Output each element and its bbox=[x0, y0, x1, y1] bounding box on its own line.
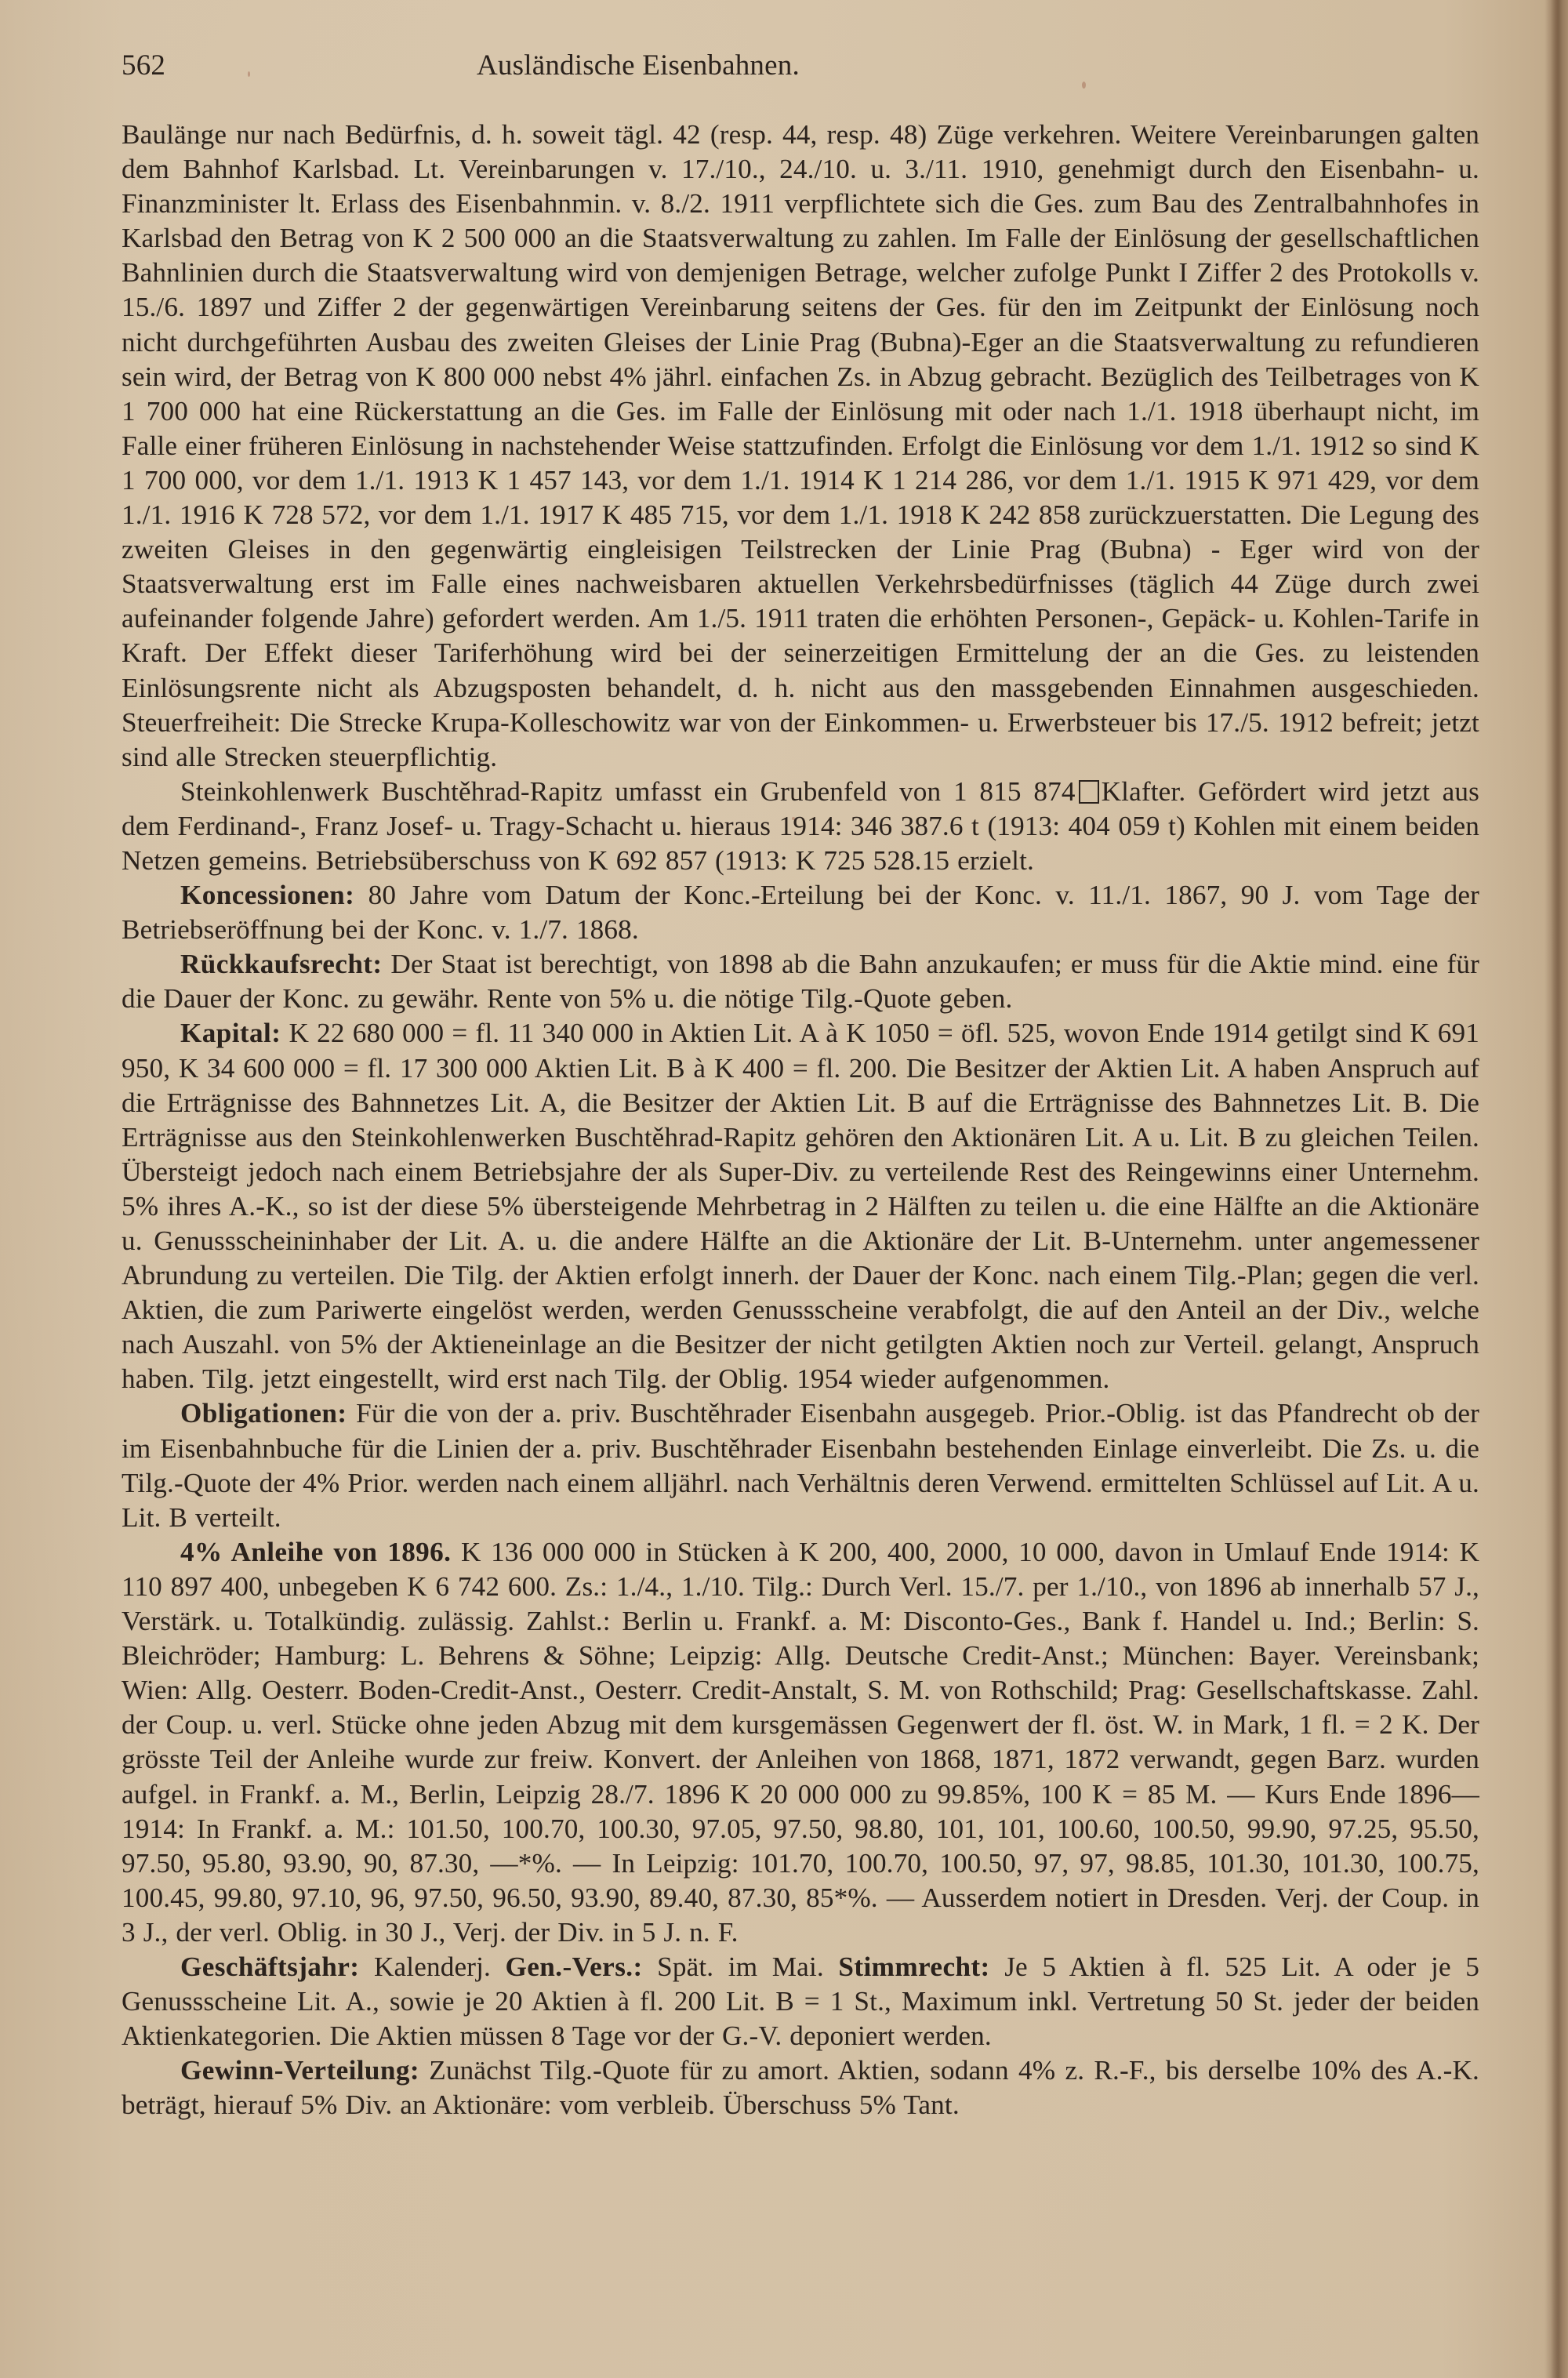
paragraph-geschaeftsjahr: Geschäftsjahr: Kalenderj. Gen.-Vers.: Sp… bbox=[122, 1950, 1479, 2053]
paragraph-rueckkaufsrecht: Rückkaufsrecht: Der Staat ist berechtigt… bbox=[122, 947, 1479, 1016]
paragraph-text: Steinkohlenwerk Buschtěhrad-Rapitz umfas… bbox=[180, 776, 1076, 807]
section-label: Gen.-Vers.: bbox=[506, 1951, 643, 1982]
paragraph-text: K 136 000 000 in Stücken à K 200, 400, 2… bbox=[122, 1537, 1479, 1948]
section-label: 4% Anleihe von 1896. bbox=[180, 1537, 451, 1567]
paragraph-gewinn-verteilung: Gewinn-Verteilung: Zunächst Tilg.-Quote … bbox=[122, 2053, 1479, 2122]
section-label: Obligationen: bbox=[180, 1398, 347, 1429]
paragraph-text: Kalenderj. bbox=[359, 1951, 505, 1982]
section-label: Kapital: bbox=[180, 1018, 281, 1048]
section-label: Stimmrecht: bbox=[838, 1951, 989, 1982]
running-head: 562 Ausländische Eisenbahnen. bbox=[122, 49, 1478, 88]
section-label: Gewinn-Verteilung: bbox=[180, 2055, 419, 2086]
paragraph-text: K 22 680 000 = fl. 11 340 000 in Aktien … bbox=[122, 1018, 1479, 1394]
running-title: Ausländische Eisenbahnen. bbox=[477, 49, 800, 82]
page-number: 562 bbox=[122, 49, 165, 82]
section-label: Koncessionen: bbox=[180, 880, 354, 910]
paragraph-text: Baulänge nur nach Bedürfnis, d. h. sowei… bbox=[122, 119, 1479, 772]
paragraph-steinkohlenwerk: Steinkohlenwerk Buschtěhrad-Rapitz umfas… bbox=[122, 775, 1479, 878]
paragraph-anleihe-1896: 4% Anleihe von 1896. K 136 000 000 in St… bbox=[122, 1535, 1479, 1950]
book-page: 562 Ausländische Eisenbahnen. Baulänge n… bbox=[0, 0, 1568, 2378]
body-text: Baulänge nur nach Bedürfnis, d. h. sowei… bbox=[122, 118, 1479, 2122]
paragraph-text: Spät. im Mai. bbox=[643, 1951, 839, 1982]
section-label: Geschäftsjahr: bbox=[180, 1951, 359, 1982]
paragraph-kapital: Kapital: K 22 680 000 = fl. 11 340 000 i… bbox=[122, 1016, 1479, 1396]
section-label: Rückkaufsrecht: bbox=[180, 949, 383, 979]
paragraph-obligationen: Obligationen: Für die von der a. priv. B… bbox=[122, 1396, 1479, 1534]
page-edge-shadow bbox=[1551, 0, 1568, 2378]
paragraph-koncessionen: Koncessionen: 80 Jahre vom Datum der Kon… bbox=[122, 878, 1479, 947]
paragraph-bahnhof-karlsbad: Baulänge nur nach Bedürfnis, d. h. sowei… bbox=[122, 118, 1479, 775]
square-klafter-icon bbox=[1079, 780, 1099, 804]
